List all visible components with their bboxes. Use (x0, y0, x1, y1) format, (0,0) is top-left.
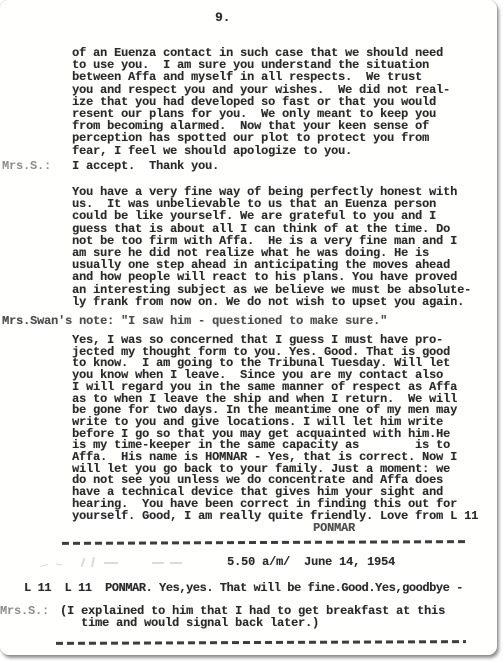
scanned-document-page: 9. of an Euenza contact in such case tha… (0, 0, 497, 655)
l11-signoff-line: L 11 L 11 PONMAR. Yes,yes. That will be … (24, 582, 463, 594)
signature-ponmar: PONMAR (313, 522, 355, 534)
paragraph-reply-about-affa: You have a very fine way of being perfec… (72, 186, 471, 308)
page-number: 9. (215, 12, 230, 24)
breakfast-note-line: (I explained to him that I had to get br… (60, 605, 445, 629)
speaker-line-accept: I accept. Thank you. (72, 160, 219, 172)
paragraph-contact-apology: of an Euenza contact in such case that w… (72, 47, 450, 157)
separator-dashed-line-top (62, 540, 466, 545)
faint-pencil-marks (34, 556, 174, 570)
speaker-label-mrs-s: Mrs.S.: (2, 160, 51, 172)
mrs-swan-note-line: Mrs.Swan's note: "I saw him - questioned… (2, 315, 387, 327)
paragraph-ponnar-message: Yes, I was so concerned that I guess I m… (72, 335, 478, 522)
timestamp-line: 5.50 a/m/ June 14, 1954 (227, 556, 395, 568)
speaker-label-mrs-s-bottom: Mrs.S.: (0, 605, 49, 617)
separator-dashed-line-bottom (56, 640, 466, 645)
